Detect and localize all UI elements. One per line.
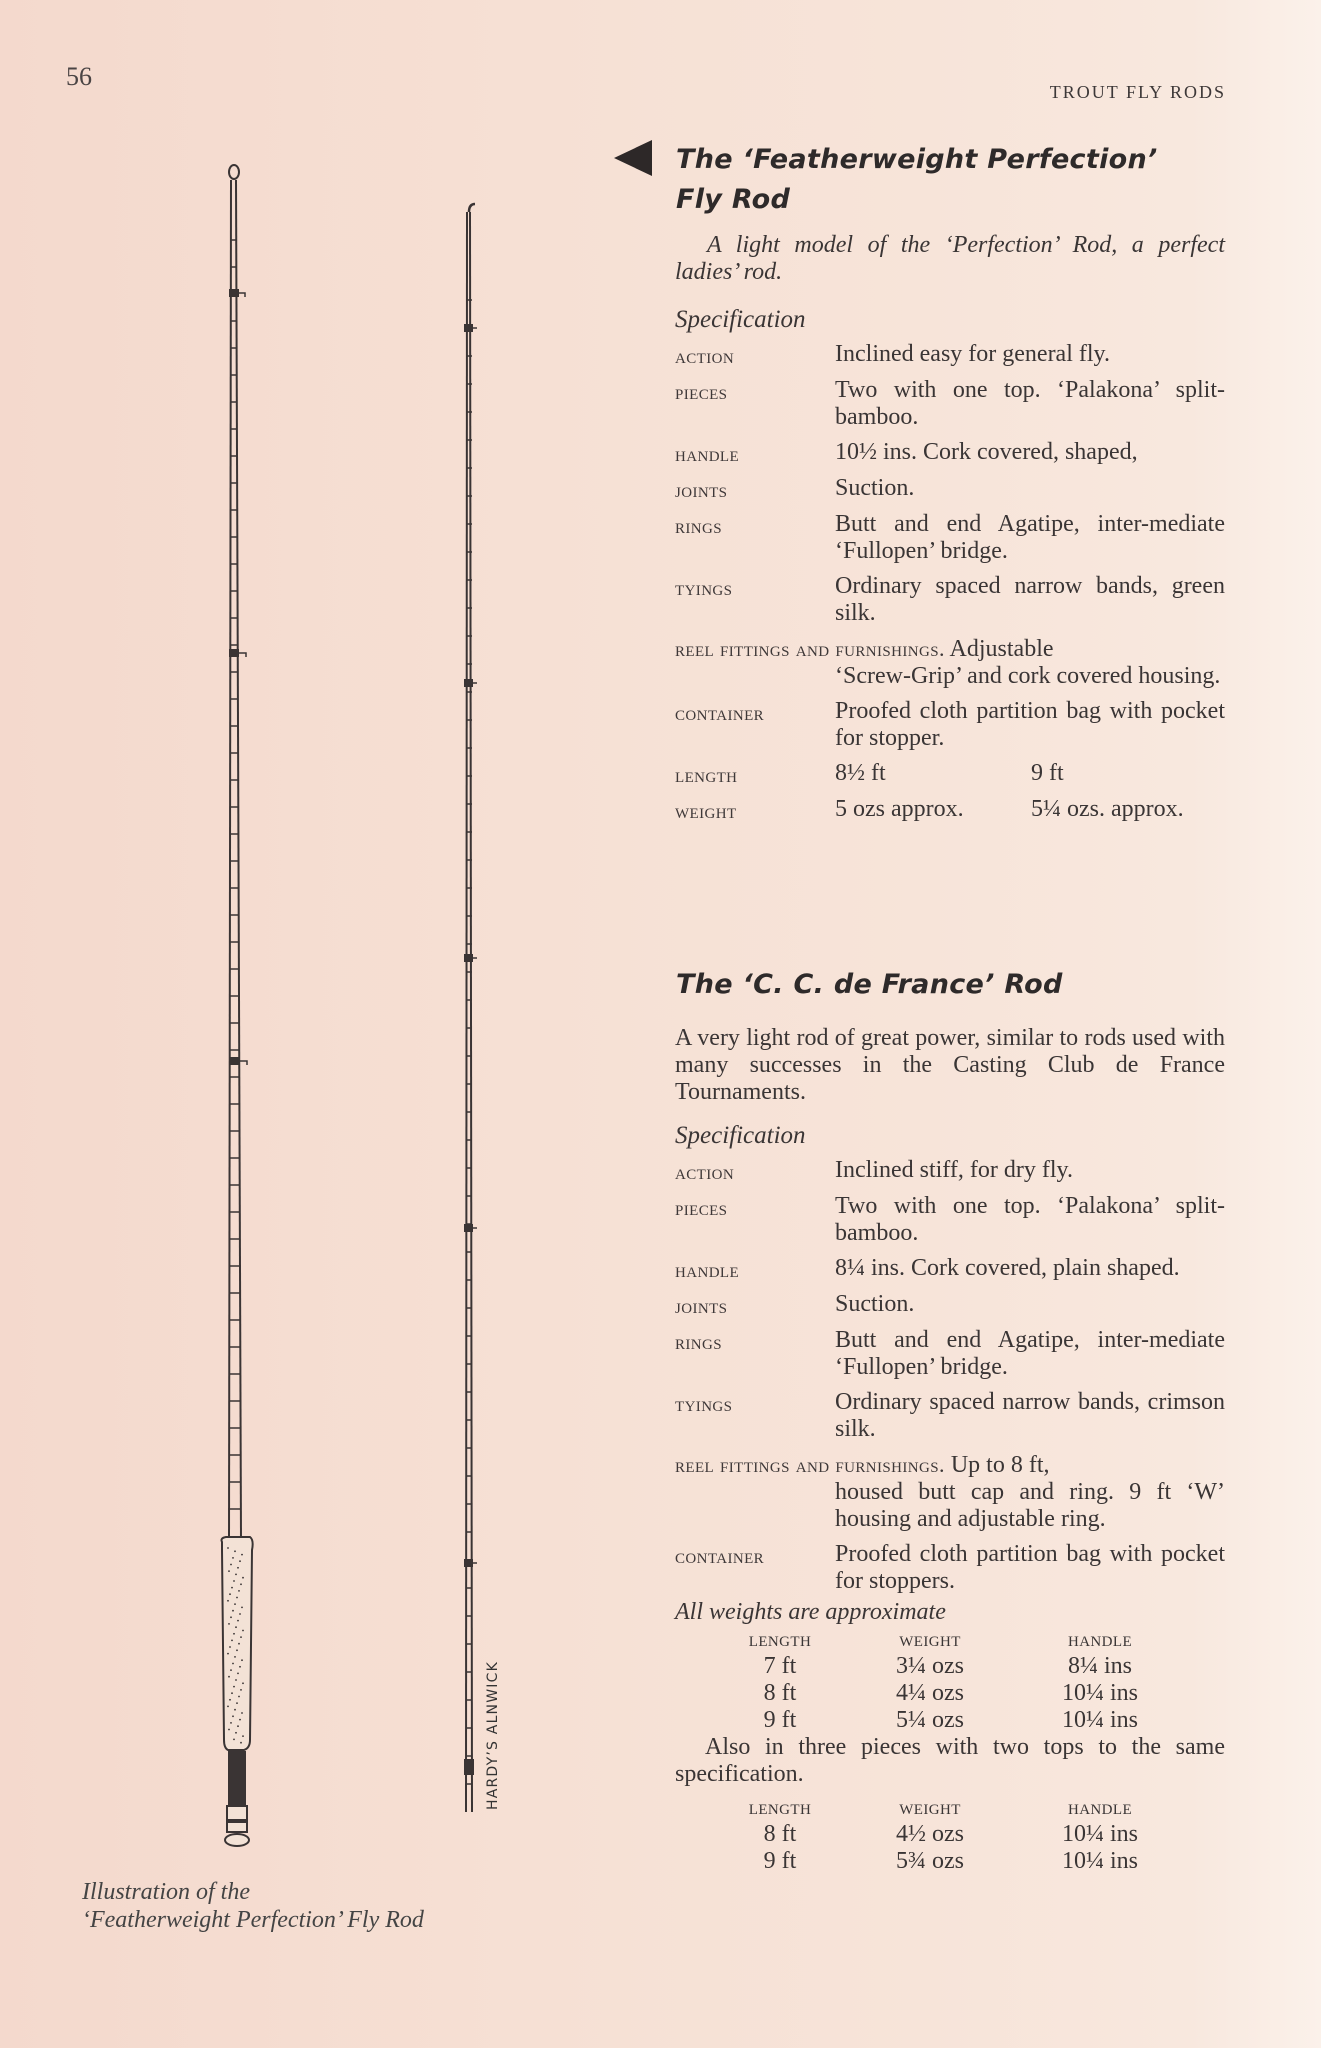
spec-value: Ordinary spaced narrow bands, green silk… — [835, 573, 1225, 627]
table-cell: 3¼ ozs — [845, 1653, 1015, 1680]
caption-line-2: ‘Featherweight Perfection’ Fly Rod — [82, 1906, 424, 1934]
spec-value: Inclined stiff, for dry fly. — [835, 1157, 1225, 1185]
spec-label: Rings — [675, 511, 835, 565]
weight-value-2: 5¼ ozs. approx. — [1031, 796, 1184, 824]
featherweight-weight: Weight 5 ozs approx. 5¼ ozs. approx. — [675, 796, 1225, 824]
column-header: Length — [715, 1794, 845, 1821]
caption-line-1: Illustration of the — [82, 1878, 424, 1906]
table-cell: 9 ft — [715, 1848, 845, 1875]
weight-value-1: 5 ozs approx. — [835, 796, 1031, 824]
table-cell: 8¼ ins — [1015, 1653, 1185, 1680]
spec-label: Handle — [675, 439, 835, 467]
spec-value: Inclined easy for general fly. — [835, 341, 1225, 369]
cc-de-france-size-table: LengthWeightHandle7 ft3¼ ozs8¼ ins8 ft4¼… — [715, 1626, 1195, 1734]
spec-value: 8¼ ins. Cork covered, plain shaped. — [835, 1255, 1225, 1283]
cc-de-france-title: The ‘C. C. de France’ Rod — [676, 965, 1236, 1005]
spec-label: Rings — [675, 1327, 835, 1381]
spec-value: Suction. — [835, 1291, 1225, 1319]
pointer-triangle-icon — [614, 140, 652, 176]
column-header: Handle — [1015, 1626, 1185, 1653]
spec-value: Two with one top. ‘Palakona’ split-bambo… — [835, 1193, 1225, 1247]
cc-de-france-reel-fittings: Reel fittings and furnishings. Up to 8 f… — [675, 1451, 1225, 1533]
table-cell: 10¼ ins — [1015, 1707, 1185, 1734]
table-header: LengthWeightHandle — [715, 1626, 1195, 1653]
spec-row-joints: JointsSuction. — [675, 475, 1225, 503]
spec-row-rings: RingsButt and end Agatipe, inter-mediate… — [675, 1327, 1225, 1381]
rod-two-drawing — [465, 204, 477, 1812]
spec-row-pieces: PiecesTwo with one top. ‘Palakona’ split… — [675, 1193, 1225, 1247]
spec-row-action: ActionInclined stiff, for dry fly. — [675, 1157, 1225, 1185]
spec-value: Butt and end Agatipe, inter-mediate ‘Ful… — [835, 511, 1225, 565]
featherweight-title-line-1: The ‘Featherweight Perfection’ — [676, 140, 1236, 180]
table-row: 8 ft4½ ozs10¼ ins — [715, 1821, 1195, 1848]
three-piece-note: Also in three pieces with two tops to th… — [675, 1734, 1225, 1788]
spec-label: Action — [675, 341, 835, 369]
table-cell: 8 ft — [715, 1821, 845, 1848]
spec-value: Butt and end Agatipe, inter-mediate ‘Ful… — [835, 1327, 1225, 1381]
spec-row-rings: RingsButt and end Agatipe, inter-mediate… — [675, 511, 1225, 565]
spec-value: Ordinary spaced narrow bands, crimson si… — [835, 1389, 1225, 1443]
three-piece-size-table: LengthWeightHandle8 ft4½ ozs10¼ ins9 ft5… — [715, 1794, 1195, 1875]
column-header: Weight — [845, 1794, 1015, 1821]
table-cell: 5¼ ozs — [845, 1707, 1015, 1734]
spec-label: Pieces — [675, 377, 835, 431]
featherweight-body: A light model of the ‘Perfection’ Rod, a… — [675, 232, 1225, 824]
featherweight-intro: A light model of the ‘Perfection’ Rod, a… — [675, 232, 1225, 286]
container-label: Container — [675, 698, 835, 752]
weights-note: All weights are approximate — [675, 1599, 1225, 1626]
spec-value: 10½ ins. Cork covered, shaped, — [835, 439, 1225, 467]
table-cell: 4½ ozs — [845, 1821, 1015, 1848]
container-value: Proofed cloth partition bag with pocket … — [835, 698, 1225, 752]
cc-de-france-spec-heading: Specification — [675, 1122, 1225, 1149]
column-header: Length — [715, 1626, 845, 1653]
illustration-caption: Illustration of the ‘Featherweight Perfe… — [82, 1878, 424, 1934]
table-cell: 8 ft — [715, 1680, 845, 1707]
column-header: Weight — [845, 1626, 1015, 1653]
container-label: Container — [675, 1541, 835, 1595]
container-value: Proofed cloth partition bag with pocket … — [835, 1541, 1225, 1595]
featherweight-container: Container Proofed cloth partition bag wi… — [675, 698, 1225, 752]
spec-label: Tyings — [675, 573, 835, 627]
reel-value-rest: housed butt cap and ring. 9 ft ‘W’ housi… — [835, 1479, 1225, 1533]
cc-de-france-spec-list: ActionInclined stiff, for dry fly.Pieces… — [675, 1157, 1225, 1443]
table-row: 9 ft5¼ ozs10¼ ins — [715, 1707, 1195, 1734]
spec-row-pieces: PiecesTwo with one top. ‘Palakona’ split… — [675, 377, 1225, 431]
spec-label: Joints — [675, 1291, 835, 1319]
reel-label: Reel fittings and furnishings. — [675, 1451, 945, 1477]
column-header: Handle — [1015, 1794, 1185, 1821]
featherweight-title: The ‘Featherweight Perfection’ Fly Rod — [676, 140, 1236, 220]
table-header: LengthWeightHandle — [715, 1794, 1195, 1821]
rod-one-drawing — [222, 165, 253, 1846]
spec-row-handle: Handle8¼ ins. Cork covered, plain shaped… — [675, 1255, 1225, 1283]
maker-mark: HARDY’S ALNWICK — [485, 1650, 509, 1810]
cc-de-france-body: A very light rod of great power, similar… — [675, 1025, 1225, 1875]
featherweight-reel-fittings: Reel fittings and furnishings. Adjustabl… — [675, 635, 1225, 690]
table-cell: 10¼ ins — [1015, 1848, 1185, 1875]
spec-label: Tyings — [675, 1389, 835, 1443]
table-cell: 9 ft — [715, 1707, 845, 1734]
reel-value-first: Up to 8 ft, — [951, 1452, 1050, 1478]
length-label: Length — [675, 760, 835, 788]
featherweight-length: Length 8½ ft 9 ft — [675, 760, 1225, 788]
spec-row-joints: JointsSuction. — [675, 1291, 1225, 1319]
reel-label: Reel fittings and furnishings. — [675, 635, 945, 661]
reel-value-rest: ‘Screw-Grip’ and cork covered housing. — [835, 663, 1225, 690]
spec-label: Handle — [675, 1255, 835, 1283]
table-cell: 10¼ ins — [1015, 1680, 1185, 1707]
spec-row-tyings: TyingsOrdinary spaced narrow bands, crim… — [675, 1389, 1225, 1443]
table-row: 8 ft4¼ ozs10¼ ins — [715, 1680, 1195, 1707]
length-value-1: 8½ ft — [835, 760, 1031, 788]
featherweight-spec-list: ActionInclined easy for general fly.Piec… — [675, 341, 1225, 627]
spec-row-tyings: TyingsOrdinary spaced narrow bands, gree… — [675, 573, 1225, 627]
table-cell: 10¼ ins — [1015, 1821, 1185, 1848]
spec-row-handle: Handle10½ ins. Cork covered, shaped, — [675, 439, 1225, 467]
weight-label: Weight — [675, 796, 835, 824]
spec-label: Joints — [675, 475, 835, 503]
featherweight-title-line-2: Fly Rod — [676, 180, 1236, 220]
spec-value: Two with one top. ‘Palakona’ split-bambo… — [835, 377, 1225, 431]
table-cell: 7 ft — [715, 1653, 845, 1680]
cc-de-france-container: Container Proofed cloth partition bag wi… — [675, 1541, 1225, 1595]
table-row: 7 ft3¼ ozs8¼ ins — [715, 1653, 1195, 1680]
length-value-2: 9 ft — [1031, 760, 1064, 788]
spec-label: Pieces — [675, 1193, 835, 1247]
spec-row-action: ActionInclined easy for general fly. — [675, 341, 1225, 369]
cc-de-france-intro: A very light rod of great power, similar… — [675, 1025, 1225, 1106]
table-row: 9 ft5¾ ozs10¼ ins — [715, 1848, 1195, 1875]
table-cell: 4¼ ozs — [845, 1680, 1015, 1707]
reel-value-first: Adjustable — [950, 636, 1054, 662]
table-cell: 5¾ ozs — [845, 1848, 1015, 1875]
featherweight-spec-heading: Specification — [675, 306, 1225, 333]
spec-label: Action — [675, 1157, 835, 1185]
spec-value: Suction. — [835, 475, 1225, 503]
